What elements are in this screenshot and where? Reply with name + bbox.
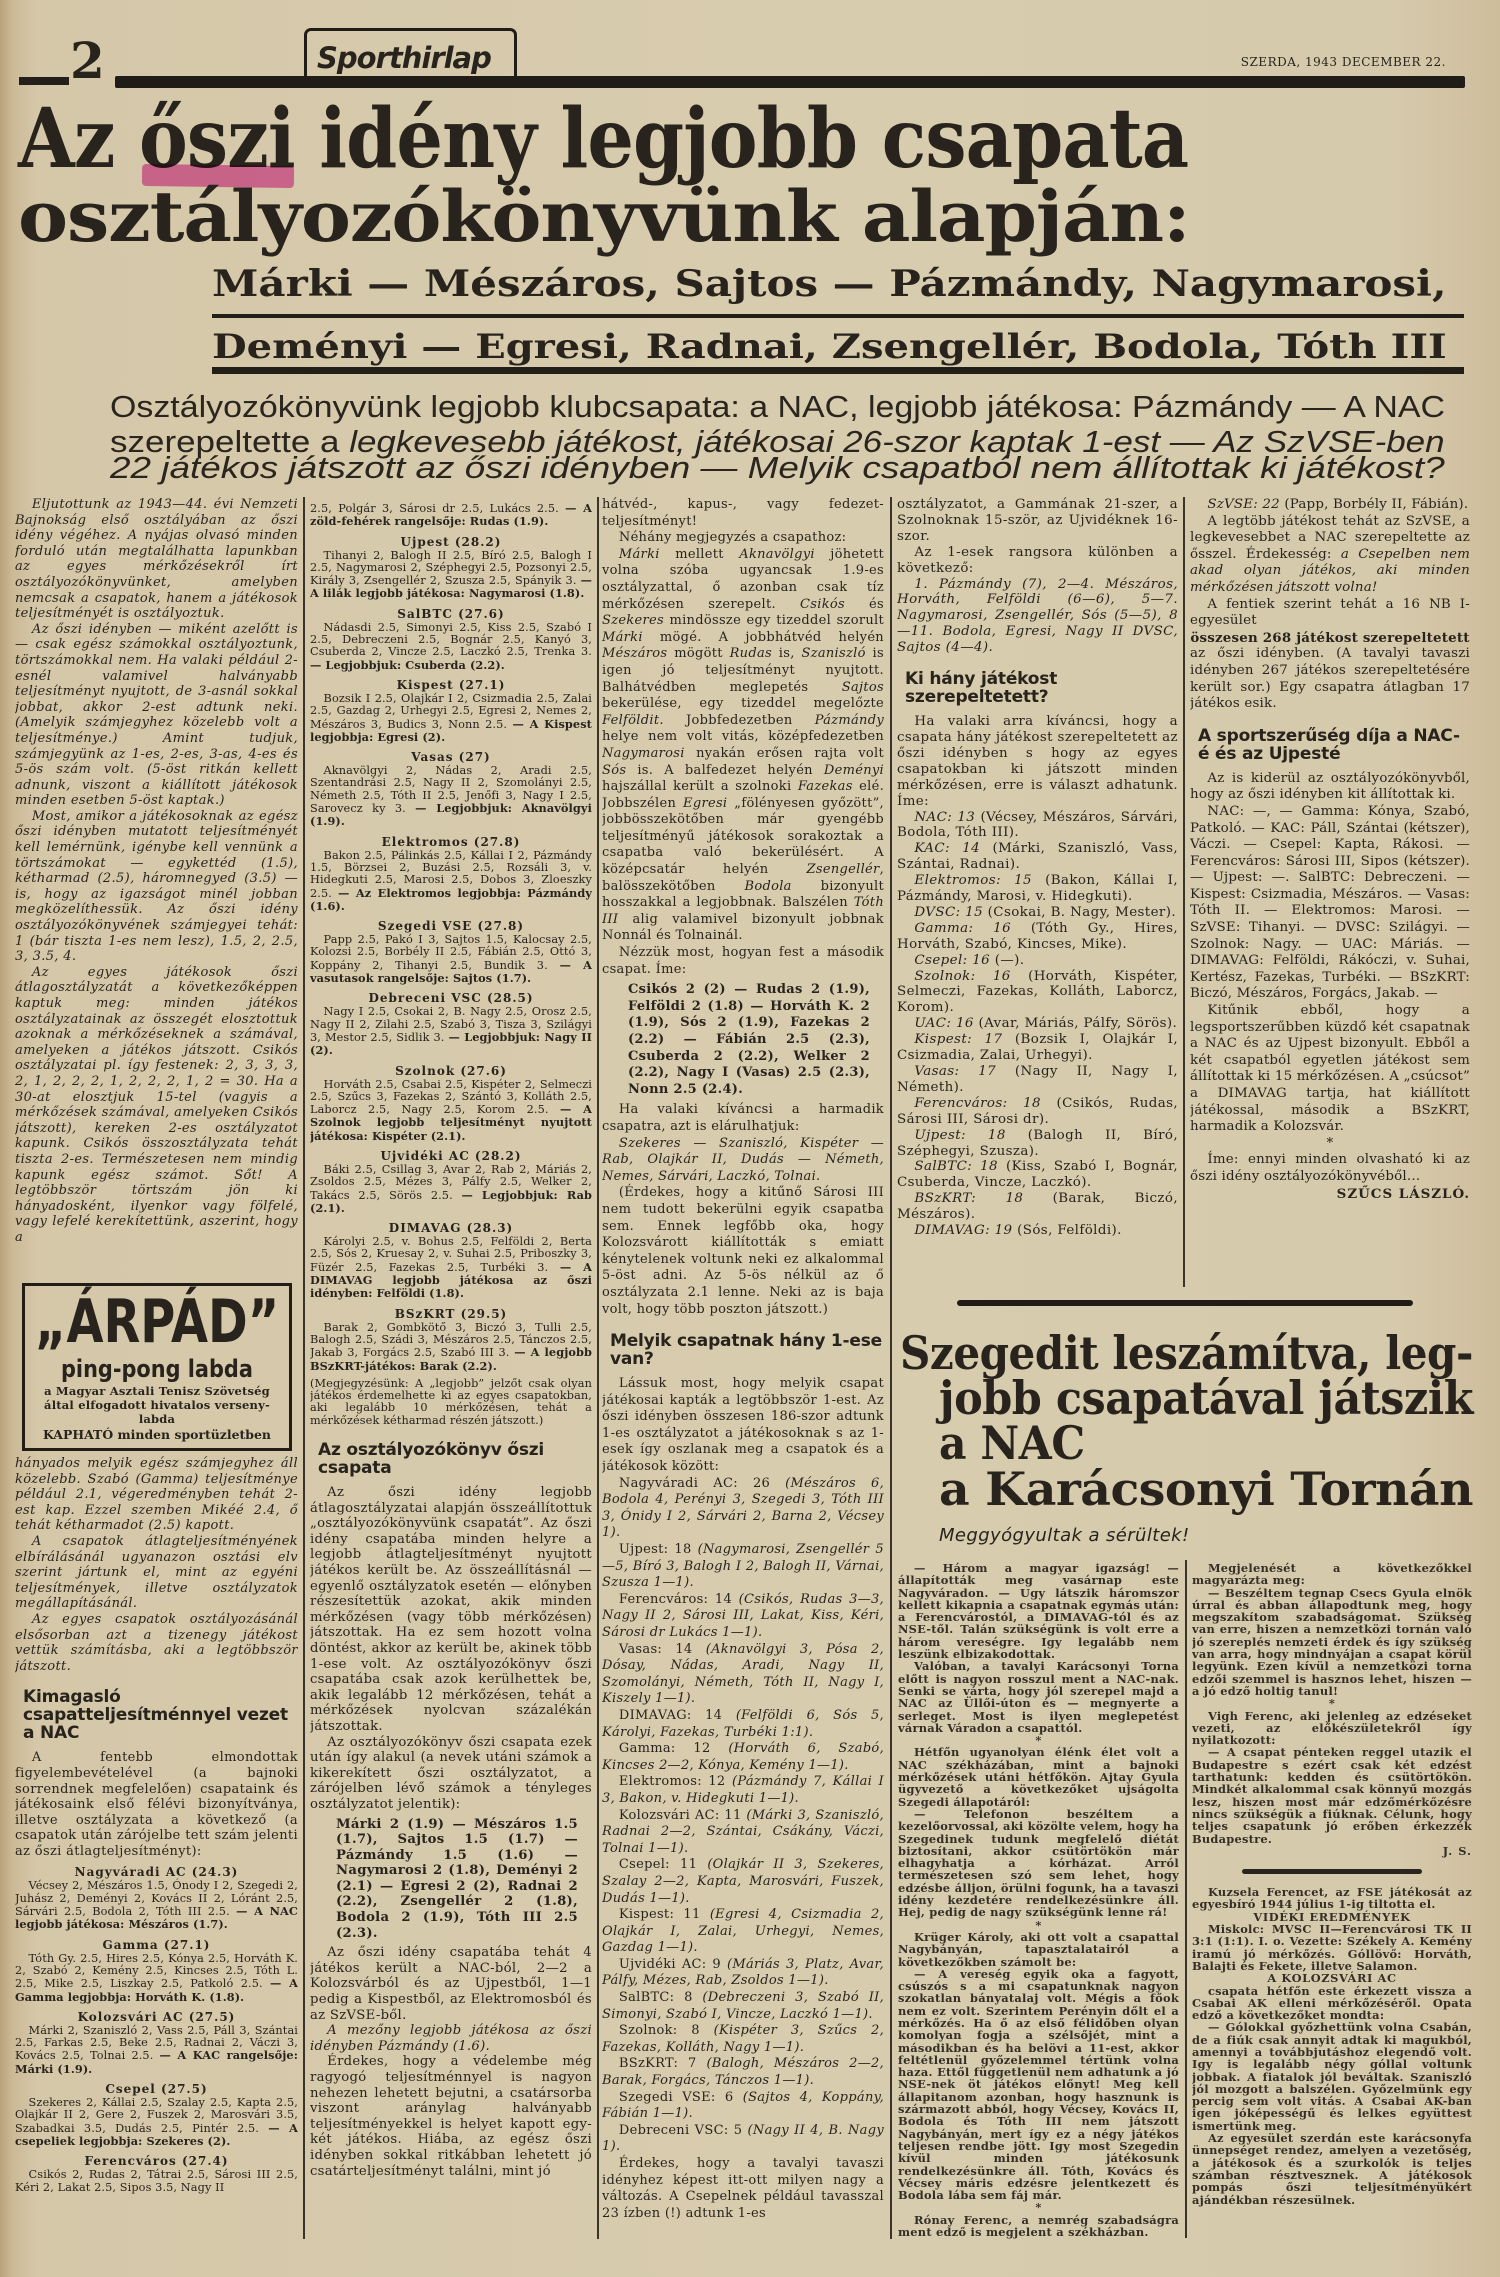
author-signature: SZŰCS LÁSZLÓ.	[1190, 1186, 1470, 1203]
paragraph: Valóban, a tavalyi Karácsonyi Torna előt…	[898, 1660, 1179, 1734]
italic-run: Tóth III	[602, 895, 884, 927]
italic-run: Bodola	[745, 879, 792, 894]
paragraph: Kispest: 17 (Bozsik I, Olajkár I, Csizma…	[897, 1032, 1178, 1064]
ad-text-line: által elfogadott hivatalos verseny-	[31, 1399, 283, 1412]
bold-run: — Legjobbjuk: Nagy II (2).	[310, 1030, 592, 1057]
italic-run: (Nagymarosi, Zsengellér 5—5, Bíró 3, Bal…	[602, 1542, 884, 1590]
paragraph: SalBTC: 18 (Kiss, Szabó I, Bognár, Csube…	[897, 1159, 1178, 1191]
paragraph: Ujvidéki AC: 9 (Máriás 3, Platz, Avar, P…	[602, 1957, 884, 1990]
italic-run: Mészáros	[602, 646, 667, 661]
italic-run: (Balogh, Mészáros 2—2, Barak, Forgács, T…	[602, 2056, 884, 2088]
team-ratings: Szekeres 2, Kállai 2.5, Szalay 2.5, Kapt…	[15, 2097, 298, 2148]
paragraph: Az osztályozókönyv őszi csapata ezek utá…	[310, 1735, 592, 1813]
paragraph: Nagyváradi AC: 26 (Mészáros 6, Bodola 4,…	[602, 1476, 884, 1542]
section-heading: A sportszerűség díja a NAC-é és az Ujpes…	[1190, 727, 1470, 763]
paragraph: Elektromos: 12 (Pázmándy 7, Kállai I 3, …	[602, 1774, 884, 1807]
paragraph: — A vereség egyik oka a fagyott, csúszós…	[898, 1968, 1179, 2202]
second-article-column-right: Megjelenését a következőkkel magyarázta …	[1192, 1562, 1472, 2240]
team-ratings: (Megjegyzésünk: A „legjobb” jelzőt csak …	[310, 1378, 592, 1427]
italic-run: (Pázmándy 7, Kállai I 3, Bakon, v. Hideg…	[602, 1774, 884, 1806]
subheadline-line-1: Osztályozókönyvünk legjobb klubcsapata: …	[110, 391, 1445, 422]
italic-run: (Felföldi 6, Sós 5, Károlyi, Fazekas, Tu…	[602, 1708, 884, 1740]
paragraph: Miskolc: MVSC II—Ferencvárosi TK II 3:1 …	[1192, 1923, 1472, 1972]
team-ratings: Károlyi 2.5, v. Bohus 2.5, Felföldi 2, B…	[310, 1236, 592, 1300]
section-heading: Az osztályozókönyv őszi csapata	[310, 1441, 592, 1477]
team-rating-block: DIMAVAG (28.3)Károlyi 2.5, v. Bohus 2.5,…	[310, 1220, 592, 1300]
paragraph: Vigh Ferenc, aki jelenleg az edzéseket v…	[1192, 1710, 1472, 1747]
newspaper-page: 2 Sporthirlap SZERDA, 1943 DECEMBER 22. …	[0, 0, 1500, 2277]
centered-statement: összesen 268 játékost szerepeltetett	[1190, 630, 1470, 647]
team-title: Ujpest (28.2)	[310, 534, 592, 550]
italic-run: a Csepelben nem akad olyan játékos, aki …	[1190, 547, 1470, 595]
masthead-box: Sporthirlap	[304, 28, 517, 78]
italic-run: Rudas	[730, 646, 772, 661]
masthead-title: Sporthirlap	[317, 43, 491, 73]
paragraph: Az egyesület szerdán este karácsonyfa ün…	[1192, 2132, 1472, 2206]
ad-product-text: ping-pong labda	[61, 1356, 253, 1382]
team-title: Ujvidéki AC (28.2)	[310, 1148, 592, 1164]
italic-run: NAC: 13	[914, 810, 975, 825]
ad-text-line: labda	[31, 1413, 283, 1426]
team-title: Szegedi VSE (27.8)	[310, 918, 592, 934]
paragraph: Csepel: 11 (Olajkár II 3, Szekeres, Szal…	[602, 1857, 884, 1907]
author-signature: J. S.	[1192, 1845, 1472, 1857]
italic-run: Sajtos	[842, 680, 884, 695]
italic-run: (Olajkár II 3, Szekeres, Szalay 2—2, Kap…	[602, 1857, 884, 1905]
ad-availability-text: KAPHATÓ minden sportüzletben	[43, 1427, 271, 1442]
italic-run: DVSC: 15	[914, 905, 983, 920]
paragraph: Ha valaki kíváncsi a harmadik csapatra, …	[602, 1102, 884, 1135]
paragraph: Az is kiderül az osztályozókönyvből, hog…	[1190, 771, 1470, 804]
team-ratings: Tóth Gy. 2.5, Hires 2.5, Kónya 2.5, Horv…	[15, 1953, 298, 2004]
paragraph: Hétfőn ugyanolyan élénk élet volt a NAC …	[898, 1746, 1179, 1807]
team-ratings: Bakon 2.5, Pálinkás 2.5, Kállai I 2, Páz…	[310, 850, 592, 913]
paragraph: Szekeres — Szaniszló, Kispéter — Rab, Ol…	[602, 1136, 884, 1186]
paragraph: Rónay Ferenc, a nemrég szabadságra ment …	[898, 2214, 1179, 2239]
italic-run: (Máriás 3, Platz, Avar, Pálfy, Mézes, Ra…	[602, 1957, 884, 1989]
ad-availability: KAPHATÓ minden sportüzletben	[43, 1427, 271, 1442]
paragraph: BSzKRT: 7 (Balogh, Mészáros 2—2, Barak, …	[602, 2056, 884, 2089]
paragraph: Az 1-esek rangsora különben a következő:	[897, 545, 1178, 577]
second-headline-line-2: jobb csapatával játszik	[939, 1375, 1473, 1421]
paragraph: Krüger Károly, aki ott volt a csapattal …	[898, 1931, 1179, 1968]
team-title: Ferencváros (27.4)	[15, 2153, 298, 2169]
names-text: Márki — Mészáros, Sajtos — Pázmándy, Nag…	[212, 266, 1447, 302]
subhead-text: 22 játékos játszott az őszi idényben — M…	[110, 452, 1445, 483]
team-names-line-1: Márki — Mészáros, Sajtos — Pázmándy, Nag…	[212, 266, 1447, 302]
paragraph: hányados melyik egész számjegyhez áll kö…	[15, 1456, 298, 1534]
bold-run: — Legjobbjuk: Rab (2.1).	[310, 1188, 592, 1215]
column-rule	[303, 497, 305, 2239]
italic-run: KAC: 14	[914, 841, 980, 856]
team-ratings: Bozsik I 2.5, Olajkár I 2, Csizmadia 2.5…	[310, 693, 592, 744]
paragraph: csapata hétfőn este érkezett vissza a Cs…	[1192, 1985, 1472, 2022]
paragraph: Az őszi idény legjobb átlagosztályzatai …	[310, 1485, 592, 1735]
team-ratings: Báki 2.5, Csillag 3, Avar 2, Rab 2, Mári…	[310, 1164, 592, 1215]
article-column-3: hátvéd-, kapus-, vagy fedezet-teljesítmé…	[602, 497, 884, 2230]
paragraph: Most, amikor a játékosoknak az egész ősz…	[15, 809, 298, 965]
article-column-1-top: Eljutottunk az 1943—44. évi Nemzeti Bajn…	[15, 497, 298, 1281]
team-rating-block: SalBTC (27.6)Nádasdi 2.5, Simonyi 2.5, K…	[310, 606, 592, 672]
ad-brand: „ÁRPÁD”	[35, 1290, 279, 1354]
team-title: BSzKRT (29.5)	[310, 1306, 592, 1322]
italic-run: (Sajtos 4, Koppány, Fábián 1—1).	[602, 2090, 884, 2122]
paragraph: Vasas: 17 (Nagy II, Nagy I, Németh).	[897, 1064, 1178, 1096]
team-rating-block: Gamma (27.1)Tóth Gy. 2.5, Hires 2.5, Kón…	[15, 1937, 298, 2004]
team-title: Kolozsvári AC (27.5)	[15, 2009, 298, 2025]
bold-run: — A zöld-fehérek rangelsője: Rudas (1.9)…	[310, 501, 592, 528]
italic-run: (Márki 3, Szaniszló, Radnai 2—2, Szántai…	[602, 1808, 884, 1856]
paragraph: Érdekes, hogy a tavalyi tavaszi idényhez…	[602, 2156, 884, 2222]
names-underline	[212, 314, 1464, 318]
italic-run: Fazekas	[798, 779, 853, 794]
section-heading: Ki hány játékost szerepeltetett?	[897, 670, 1178, 706]
paragraph: Vasas: 14 (Aknavölgyi 3, Pósa 2, Dósay, …	[602, 1642, 884, 1708]
paragraph: Kispest: 11 (Egresi 4, Csizmadia 2, Olaj…	[602, 1907, 884, 1957]
italic-run: Felföldit	[602, 713, 659, 728]
paragraph: A mezőny legjobb játékosa az őszi idényb…	[310, 2023, 592, 2054]
italic-run: (Horváth 6, Szabó, Kincses 2—2, Kónya, K…	[602, 1741, 884, 1773]
second-article-column-left: — Három a magyar igazság! — állapították…	[898, 1562, 1179, 2240]
italic-run: Szolnok: 16	[914, 969, 1010, 984]
second-article-kicker: Meggyógyultak a sérültek!	[939, 1526, 1190, 1546]
ornament-rule	[1242, 1869, 1422, 1874]
bold-run: — Legjobbjuk: Csuberda (2.2).	[310, 658, 505, 672]
paragraph: osztályzatot, a Gammának 21-szer, a Szol…	[897, 497, 1178, 545]
paragraph: Néhány megjegyzés a csapathoz:	[602, 530, 884, 547]
headline-text: osztályozókönyvünk alapján:	[18, 182, 1190, 252]
paragraph: Az egyes csapatok osztályozásánál elsőso…	[15, 1612, 298, 1674]
issue-date: SZERDA, 1943 DECEMBER 22.	[1150, 56, 1446, 68]
paragraph: BSzKRT: 18 (Barak, Biczó, Mészáros).	[897, 1191, 1178, 1223]
team-ratings: Horváth 2.5, Csabai 2.5, Kispéter 2, Sel…	[310, 1079, 592, 1143]
team-title: Debreceni VSC (28.5)	[310, 990, 592, 1006]
bold-run: — A vasutasok rangelsője: Sajtos (1.7).	[310, 958, 592, 985]
italic-run: Egresi	[683, 796, 727, 811]
article-separator-rule	[957, 1300, 1413, 1306]
bold-run: — Az Elektromos legjobbja: Pázmándy (1.6…	[310, 886, 592, 913]
article-column-1-bottom: hányados melyik egész számjegyhez áll kö…	[15, 1456, 298, 2238]
paragraph: Az őszi idényben — miként azelőtt is — c…	[15, 622, 298, 809]
italic-run: (Aknavölgyi 3, Pósa 2, Dósay, Nádas, Ara…	[602, 1642, 884, 1707]
italic-run: Vasas: 17	[914, 1064, 996, 1079]
asterisk-separator: *	[1190, 1136, 1470, 1153]
column-rule	[1185, 1560, 1187, 2238]
section-heading: Melyik csapatnak hány 1-ese van?	[602, 1332, 884, 1368]
paragraph: UAC: 16 (Avar, Máriás, Pálfy, Sörös).	[897, 1016, 1178, 1032]
italic-run: BSzKRT: 18	[914, 1191, 1023, 1206]
paragraph: — Három a magyar igazság! — állapították…	[898, 1562, 1179, 1660]
team-ratings: Aknavölgyi 2, Nádas 2, Aradi 2.5, Szenta…	[310, 765, 592, 828]
page-number: 2	[70, 36, 105, 86]
paragraph: az őszi idényben. (A tavalyi tavaszi idé…	[1190, 646, 1470, 712]
paragraph: Ujpest: 18 (Balogh II, Bíró, Széphegyi, …	[897, 1128, 1178, 1160]
italic-run: Csikós	[800, 597, 845, 612]
paragraph: Ferencváros: 18 (Csikós, Rudas, Sárosi I…	[897, 1096, 1178, 1128]
team-title: Szolnok (27.6)	[310, 1063, 592, 1079]
lineup: Csikós 2 (2) — Rudas 2 (1.9), Felföldi 2…	[602, 978, 884, 1102]
italic-run: (Kispéter 3, Szűcs 2, Fazekas, Kolláth, …	[602, 2023, 884, 2055]
headline-text: a NAC	[939, 1420, 1085, 1466]
paragraph: 1. Pázmándy (7), 2—4. Mészáros, Horváth,…	[897, 577, 1178, 657]
paragraph: Kuzsela Ferencet, az FSE játékosát az eg…	[1192, 1886, 1472, 1911]
subhead-text: Osztályozókönyvünk legjobb klubcsapata: …	[110, 391, 1445, 422]
italic-run: Ujpest: 18	[914, 1128, 1005, 1143]
team-title: Vasas (27)	[310, 749, 592, 765]
ad-text-line: a Magyar Asztali Tenisz Szövetség	[31, 1385, 283, 1398]
second-headline-line-1: Szegedit leszámítva, leg-	[900, 1330, 1473, 1376]
subsection-heading: A KOLOZSVÁRI AC	[1192, 1972, 1472, 1984]
team-title: DIMAVAG (28.3)	[310, 1220, 592, 1236]
paragraph: Kolozsvári AC: 11 (Márki 3, Szaniszló, R…	[602, 1808, 884, 1858]
paragraph: Ujpest: 18 (Nagymarosi, Zsengellér 5—5, …	[602, 1542, 884, 1592]
team-names-line-2: Deményi — Egresi, Radnai, Zsengellér, Bo…	[212, 330, 1447, 364]
second-headline-line-3: a NAC	[939, 1420, 1085, 1466]
team-rating-block: Ferencváros (27.4)Csikós 2, Rudas 2, Tát…	[15, 2153, 298, 2194]
paragraph: Érdekes, hogy a védelembe még ragyogó te…	[310, 2054, 592, 2179]
article-column-5: SzVSE: 22 (Papp, Borbély II, Fábián).A l…	[1190, 497, 1470, 1287]
paragraph: DIMAVAG: 14 (Felföldi 6, Sós 5, Károlyi,…	[602, 1708, 884, 1741]
italic-run: SzVSE: 22	[1207, 497, 1279, 512]
team-title: Gamma (27.1)	[15, 1937, 298, 1953]
team-ratings: Tihanyi 2, Balogh II 2.5, Bíró 2.5, Balo…	[310, 550, 592, 601]
italic-run: (Nagy II 4, B. Nagy 1).	[602, 2123, 884, 2155]
italic-run: 22 játékos játszott az őszi idényben — M…	[110, 450, 1445, 485]
paragraph: Márki mellett Aknavölgyi jöhetett volna …	[602, 547, 884, 945]
team-rating-block: Csepel (27.5)Szekeres 2, Kállai 2.5, Sza…	[15, 2081, 298, 2148]
team-title: Csepel (27.5)	[15, 2081, 298, 2097]
headline-text: a Karácsonyi Tornán	[939, 1466, 1473, 1512]
bold-run: — Legjobbjuk: Aknavölgyi (1.9).	[310, 801, 592, 828]
column-rule	[597, 497, 599, 2239]
italic-run: Ferencváros: 18	[914, 1096, 1041, 1111]
paragraph: Gamma: 12 (Horváth 6, Szabó, Kincses 2—2…	[602, 1741, 884, 1774]
article-column-2: 2.5, Polgár 3, Sárosi dr 2.5, Lukács 2.5…	[310, 497, 592, 2238]
paragraph: Ferencváros: 14 (Csikós, Rudas 3—3, Nagy…	[602, 1592, 884, 1642]
names-underline	[212, 367, 1464, 374]
italic-run: Márki	[602, 630, 643, 645]
paragraph: — Telefonon beszéltem a kezelőorvossal, …	[898, 1808, 1179, 1919]
italic-run: UAC: 16	[914, 1016, 973, 1031]
team-title: Elektromos (27.8)	[310, 834, 592, 850]
main-headline-line-2: osztályozókönyvünk alapján:	[18, 182, 1190, 252]
italic-run: Kispest: 17	[914, 1032, 1002, 1047]
paragraph: SalBTC: 8 (Debreczeni 3, Szabó II, Simon…	[602, 1990, 884, 2023]
article-column-4: osztályzatot, a Gammának 21-szer, a Szol…	[897, 497, 1178, 1287]
team-title: SalBTC (27.6)	[310, 606, 592, 622]
asterisk-separator: *	[898, 2201, 1179, 2213]
team-title: Kispest (27.1)	[310, 677, 592, 693]
subheadline-line-3: 22 játékos játszott az őszi idényben — M…	[110, 452, 1445, 483]
paragraph: (Érdekes, hogy a kitűnő Sárosi III nem t…	[602, 1185, 884, 1318]
italic-run: Sós	[602, 763, 626, 778]
team-rating-block: 2.5, Polgár 3, Sárosi dr 2.5, Lukács 2.5…	[310, 502, 592, 529]
italic-run: (Mészáros 6, Bodola 4, Perényi 3, Szeged…	[602, 1476, 884, 1541]
team-ratings: Nagy I 2.5, Csokai 2, B. Nagy 2.5, Orosz…	[310, 1006, 592, 1057]
team-rating-block: Szolnok (27.6)Horváth 2.5, Csabai 2.5, K…	[310, 1063, 592, 1143]
paragraph: Az egyes játékosok őszi átlagosztályzatá…	[15, 965, 298, 1246]
italic-run: Szaniszló	[801, 646, 865, 661]
paragraph: DVSC: 15 (Csokai, B. Nagy, Mester).	[897, 905, 1178, 921]
team-rating-block: Elektromos (27.8)Bakon 2.5, Pálinkás 2.5…	[310, 834, 592, 913]
paragraph: Debreceni VSC: 5 (Nagy II 4, B. Nagy 1).	[602, 2123, 884, 2156]
paragraph: — A csapat pénteken reggel utazik el Bud…	[1192, 1746, 1472, 1844]
paragraph: A legtöbb játékost tehát az SzVSE, a leg…	[1190, 514, 1470, 597]
team-ratings: Papp 2.5, Pakó I 3, Sajtos 1.5, Kalocsay…	[310, 934, 592, 985]
italic-run: Deményi	[824, 763, 884, 778]
italic-run: Szekeres	[602, 613, 664, 628]
italic-run: Nagymarosi	[602, 746, 685, 761]
team-rating-block: (Megjegyzésünk: A „legjobb” jelzőt csak …	[310, 1378, 592, 1427]
bold-run: — A legjobb BSzKRT-játékos: Barak (2.2).	[310, 1345, 592, 1372]
paragraph: Gamma: 16 (Tóth Gy., Hires, Horváth, Sza…	[897, 921, 1178, 953]
team-ratings: Barak 2, Gombkötő 3, Biczó 3, Tulli 2.5,…	[310, 1322, 592, 1373]
paragraph: hátvéd-, kapus-, vagy fedezet-teljesítmé…	[602, 497, 884, 530]
team-rating-block: Vasas (27)Aknavölgyi 2, Nádas 2, Aradi 2…	[310, 749, 592, 828]
italic-run: Pázmándy	[815, 713, 884, 728]
bold-run: — A NAC legjobb játékosa: Mészáros (1.7)…	[15, 1904, 298, 1931]
team-ratings: 2.5, Polgár 3, Sárosi dr 2.5, Lukács 2.5…	[310, 502, 592, 529]
bold-run: — A Gamma legjobbja: Horváth K. (1.8).	[15, 1976, 298, 2003]
paragraph: Csepel: 16 (—).	[897, 953, 1178, 969]
team-ratings: Márki 2, Szaniszló 2, Vass 2.5, Páll 3, …	[15, 2025, 298, 2076]
arpad-ping-pong-ad: „ÁRPÁD” ping-pong labda a Magyar Asztali…	[22, 1283, 292, 1451]
ad-brand-text: „ÁRPÁD”	[35, 1290, 279, 1354]
paragraph: Szolnok: 16 (Horváth, Kispéter, Selmeczi…	[897, 969, 1178, 1017]
paragraph: Szolnok: 8 (Kispéter 3, Szűcs 2, Fazekas…	[602, 2023, 884, 2056]
paragraph: Ha valaki arra kíváncsi, hogy a csapata …	[897, 714, 1178, 809]
headline-text: Szegedit leszámítva, leg-	[900, 1330, 1473, 1376]
paragraph: NAC: —, — Gamma: Kónya, Szabó, Patkoló. …	[1190, 804, 1470, 1003]
paragraph: A fentiek szerint tehát a 16 NB I-egyesü…	[1190, 597, 1470, 630]
paragraph: Íme: ennyi minden olvasható ki az őszi i…	[1190, 1152, 1470, 1185]
italic-run: DIMAVAG: 19	[914, 1223, 1012, 1238]
team-ratings: Csikós 2, Rudas 2, Tátrai 2.5, Sárosi II…	[15, 2169, 298, 2194]
paragraph: KAC: 14 (Márki, Szaniszló, Vass, Szántai…	[897, 841, 1178, 873]
paragraph: Elektromos: 15 (Bakon, Kállai I, Pázmánd…	[897, 873, 1178, 905]
bold-run: — A DIMAVAG legjobb játékosa az őszi idé…	[310, 1260, 592, 1301]
paragraph: Eljutottunk az 1943—44. évi Nemzeti Bajn…	[15, 497, 298, 622]
team-rating-block: Szegedi VSE (27.8)Papp 2.5, Pakó I 3, Sa…	[310, 918, 592, 985]
team-ratings: Nádasdi 2.5, Simonyi 2.5, Kiss 2.5, Szab…	[310, 622, 592, 672]
team-rating-block: BSzKRT (29.5)Barak 2, Gombkötő 3, Biczó …	[310, 1306, 592, 1373]
bold-run: — A lilák legjobb játékosa: Nagymarosi (…	[310, 573, 592, 600]
italic-run: Elektromos: 15	[914, 873, 1032, 888]
paragraph: DIMAVAG: 19 (Sós, Felföldi).	[897, 1223, 1178, 1239]
paragraph: SzVSE: 22 (Papp, Borbély II, Fábián).	[1190, 497, 1470, 514]
italic-run: (Debreczeni 3, Szabó II, Simonyi, Szabó …	[602, 1990, 884, 2022]
italic-run: Gamma: 16	[914, 921, 1011, 936]
team-rating-block: Ujvidéki AC (28.2)Báki 2.5, Csillag 3, A…	[310, 1148, 592, 1215]
paragraph: NAC: 13 (Vécsey, Mészáros, Sárvári, Bodo…	[897, 810, 1178, 842]
paragraph: Lássuk most, hogy melyik csapat játékosa…	[602, 1376, 884, 1476]
bold-run: — A KAC rangelsője: Márki (1.9).	[15, 2048, 298, 2075]
italic-run: SalBTC: 18	[914, 1159, 998, 1174]
paragraph: — Beszéltem tegnap Csecs Gyula elnök úrr…	[1192, 1587, 1472, 1698]
paragraph: A fentebb elmondottak figyelembevételéve…	[15, 1750, 298, 1859]
second-headline-line-4: a Karácsonyi Tornán	[939, 1466, 1473, 1512]
italic-run: Márki	[619, 547, 660, 562]
column-rule	[1183, 497, 1185, 1287]
names-text: Deményi — Egresi, Radnai, Zsengellér, Bo…	[212, 330, 1447, 364]
page-number-rule	[19, 77, 69, 85]
paragraph: Szegedi VSE: 6 (Sajtos 4, Koppány, Fábiá…	[602, 2090, 884, 2123]
paragraph: Az őszi idény csapatába tehát 4 játékos …	[310, 1945, 592, 2023]
asterisk-separator: *	[1192, 1697, 1472, 1709]
bold-run: — A Kispest legjobbja: Egresi (2).	[310, 717, 592, 744]
lineup: Márki 2 (1.9) — Mészáros 1.5 (1.7), Sajt…	[310, 1813, 592, 1946]
section-heading: Kimagasló csapatteljesítménnyel vezet a …	[15, 1688, 298, 1742]
italic-run: (Csikós, Rudas 3—3, Nagy II 2, Sárosi II…	[602, 1592, 884, 1640]
column-rule	[890, 497, 892, 2239]
bold-run: — A csepeliek legjobbja: Szekeres (2).	[15, 2121, 298, 2148]
paragraph: A csapatok átlagteljesítményének elbírál…	[15, 1534, 298, 1612]
team-rating-block: Nagyváradi AC (24.3)Vécsey 2, Mészáros 1…	[15, 1864, 298, 1931]
team-rating-block: Ujpest (28.2)Tihanyi 2, Balogh II 2.5, B…	[310, 534, 592, 601]
italic-run: Aknavölgyi	[739, 547, 815, 562]
italic-run: Zsengellér	[807, 862, 880, 877]
team-rating-block: Kispest (27.1)Bozsik I 2.5, Olajkár I 2,…	[310, 677, 592, 744]
italic-run: (Egresi 4, Csizmadia 2, Olajkár I, Zalai…	[602, 1907, 884, 1955]
ad-product: ping-pong labda	[61, 1356, 253, 1382]
italic-run: Csepel: 16	[914, 953, 990, 968]
bold-run: — A Szolnok legjobb teljesítményt nyujto…	[310, 1102, 592, 1143]
team-ratings: Vécsey 2, Mészáros 1.5, Ónody I 2, Szege…	[15, 1880, 298, 1931]
headline-text: jobb csapatával játszik	[939, 1375, 1473, 1421]
paragraph: Megjelenését a következőkkel magyarázta …	[1192, 1562, 1472, 1587]
paragraph: Nézzük most, hogyan fest a második csapa…	[602, 945, 884, 978]
team-rating-block: Debreceni VSC (28.5)Nagy I 2.5, Csokai 2…	[310, 990, 592, 1057]
paragraph: Kitűnik ebből, hogy a legsportszerűbben …	[1190, 1003, 1470, 1136]
paragraph: — Gólokkal győzhettünk volna Csabán, de …	[1192, 2021, 1472, 2132]
team-rating-block: Kolozsvári AC (27.5)Márki 2, Szaniszló 2…	[15, 2009, 298, 2076]
